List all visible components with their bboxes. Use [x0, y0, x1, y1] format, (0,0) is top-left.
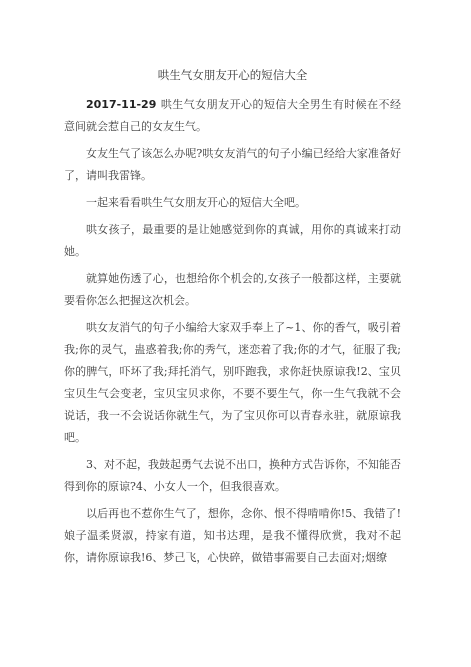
date-label: 2017-11-29 — [86, 98, 156, 111]
document-page: 哄生气女朋友开心的短信大全 2017-11-29哄生气女朋友开心的短信大全男生有… — [0, 0, 471, 667]
paragraph: 哄女友消气的句子小编给大家双手奉上了~1、你的香气，吸引着我;你的灵气，蛊惑着我… — [64, 317, 401, 449]
paragraph: 以后再也不惹你生气了，想你，念你、恨不得啃啃你!5、我错了!娘子温柔贤淑，持家有… — [64, 503, 401, 569]
paragraph-intro: 2017-11-29哄生气女朋友开心的短信大全男生有时候在不经意间就会惹自己的女… — [64, 94, 401, 138]
paragraph: 女友生气了该怎么办呢?哄女友消气的句子小编已经给大家准备好了，请叫我雷锋。 — [64, 143, 401, 187]
paragraph: 哄女孩子，最重要的是让她感觉到你的真诚，用你的真诚来打动她。 — [64, 219, 401, 263]
paragraph: 就算她伤透了心，也想给你个机会的,女孩子一般都这样，主要就要看你怎么把握这次机会… — [64, 268, 401, 312]
paragraph: 一起来看看哄生气女朋友开心的短信大全吧。 — [64, 192, 401, 214]
paragraph: 3、对不起，我鼓起勇气去说不出口，换种方式告诉你，不知能否得到你的原谅?4、小女… — [64, 454, 401, 498]
page-title: 哄生气女朋友开心的短信大全 — [64, 64, 401, 86]
